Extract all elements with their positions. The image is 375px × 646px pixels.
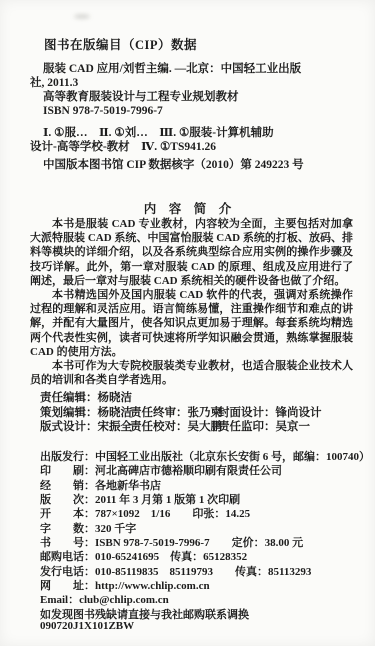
cip-biblio-line: 社, 2011.3: [30, 77, 354, 91]
email-line: Email：club@chlip.com.cn: [40, 591, 360, 605]
publishing-website-value: http://www.chlip.com.cn: [95, 580, 210, 592]
publishing-value: 010-85119835 85119793 传真：85113293: [95, 566, 311, 578]
cip-bibliographic-block: 服装 CAD 应用/刘哲主编. —北京：中国轻工业出版 社, 2011.3 高等…: [30, 63, 354, 173]
publishing-row: 网 址：http://www.chlip.com.cn: [40, 577, 360, 591]
credit-cell: 责任终审：张乃柬: [130, 404, 222, 420]
publishing-value: ISBN 978-7-5019-7996-7 定价：38.00 元: [95, 537, 303, 549]
summary-title: 内 容 简 介: [0, 199, 375, 217]
credit-label: 封面设计：: [218, 407, 276, 419]
credit-label: 责任编辑：: [40, 392, 98, 404]
publishing-row: 出版发行：中国轻工业出版社（北京东长安街 6 号，邮编：100740）: [40, 448, 360, 462]
credit-value: 杨晓洁: [98, 407, 133, 419]
summary-body: 本书是服装 CAD 专业教材，内容较为全面，主要包括对加拿大派特服装 CAD 系…: [30, 217, 353, 387]
cip-isbn-line: ISBN 978-7-5019-7996-7: [30, 105, 354, 119]
scan-smudge: [74, 14, 90, 19]
credit-label: 责任校对：: [130, 421, 188, 433]
publishing-block: 出版发行：中国轻工业出版社（北京东长安街 6 号，邮编：100740） 印 刷：…: [40, 448, 360, 634]
publishing-value: 2011 年 3 月第 1 版第 1 次印刷: [95, 494, 240, 506]
credit-value: 杨晓洁: [98, 392, 133, 404]
credit-cell: 责任监印：吴京一: [218, 418, 310, 434]
publishing-row: 字 数：320 千字: [40, 520, 360, 534]
credit-label: 版式设计：: [40, 421, 98, 433]
publishing-value: 010-65241695 传真：65128352: [95, 551, 247, 563]
print-batch-code: 090720J1X101ZBW: [40, 620, 360, 634]
credit-label: 责任监印：: [218, 421, 276, 433]
credit-value: 吴京一: [276, 421, 311, 433]
credit-label: 策划编辑：: [40, 407, 98, 419]
credit-value: 宋振全: [98, 421, 133, 433]
cip-classification-line: 设计-高等学校-教材 Ⅳ. ①TS941.26: [30, 141, 354, 155]
publishing-value: 河北高碑店市德裕顺印刷有限责任公司: [95, 465, 282, 477]
publishing-row: 版 次：2011 年 3 月第 1 版第 1 次印刷: [40, 491, 360, 505]
cip-record-number: 中国版本图书馆 CIP 数据核字（2010）第 249223 号: [30, 159, 354, 173]
publishing-value: 各地新华书店: [95, 480, 161, 492]
summary-paragraph: 本书是服装 CAD 专业教材，内容较为全面，主要包括对加拿大派特服装 CAD 系…: [30, 217, 353, 288]
credits-row: 策划编辑：杨晓洁 责任终审：张乃柬 封面设计：锋尚设计: [40, 404, 360, 419]
credit-cell: 责任编辑：杨晓洁: [40, 389, 132, 405]
cip-classification-line: Ⅰ. ①服… Ⅱ. ①刘… Ⅲ. ①服装-计算机辅助: [30, 127, 354, 141]
credit-label: 责任终审：: [130, 407, 188, 419]
cip-header: 图书在版编目（CIP）数据: [44, 35, 197, 53]
publishing-value: 320 千字: [95, 523, 136, 535]
cip-copyright-page: 图书在版编目（CIP）数据 服装 CAD 应用/刘哲主编. —北京：中国轻工业出…: [0, 0, 375, 646]
publishing-row: 开 本：787×1092 1/16 印张：14.25: [40, 505, 360, 519]
credit-value: 张乃柬: [188, 407, 223, 419]
credit-value: 锋尚设计: [276, 407, 322, 419]
defect-exchange-notice: 如发现图书残缺请直接与我社邮购联系调换: [40, 606, 360, 620]
summary-paragraph: 本书可作为大专院校服装类专业教材，也适合服装企业技术人员的培训和各类自学者选用。: [30, 359, 353, 387]
credits-block: 责任编辑：杨晓洁 策划编辑：杨晓洁 责任终审：张乃柬 封面设计：锋尚设计 版式设…: [40, 389, 360, 433]
credit-cell: 策划编辑：杨晓洁: [40, 404, 132, 420]
summary-paragraph: 本书精选国外及国内服装 CAD 软件的代表，强调对系统操作过程的理解和灵活应用。…: [30, 288, 353, 359]
publishing-row: 经 销：各地新华书店: [40, 477, 360, 491]
cip-biblio-line: 服装 CAD 应用/刘哲主编. —北京：中国轻工业出版: [30, 63, 354, 77]
publishing-row: 发行电话：010-85119835 85119793 传真：85113293: [40, 563, 360, 577]
publishing-row: 邮购电话：010-65241695 传真：65128352: [40, 548, 360, 562]
credit-cell: 责任校对：吴大鹏: [130, 418, 222, 434]
cip-series-line: 高等教育服装设计与工程专业规划教材: [30, 91, 354, 105]
publishing-value: 787×1092 1/16 印张：14.25: [95, 508, 250, 520]
credit-value: 吴大鹏: [188, 421, 223, 433]
credits-row: 版式设计：宋振全 责任校对：吴大鹏 责任监印：吴京一: [40, 418, 360, 433]
publishing-row: 书 号：ISBN 978-7-5019-7996-7 定价：38.00 元: [40, 534, 360, 548]
publishing-value: 中国轻工业出版社（北京东长安街 6 号，邮编：100740）: [95, 451, 370, 463]
credits-row: 责任编辑：杨晓洁: [40, 389, 360, 404]
publishing-row: 印 刷：河北高碑店市德裕顺印刷有限责任公司: [40, 462, 360, 476]
credit-cell: 版式设计：宋振全: [40, 418, 132, 434]
credit-cell: 封面设计：锋尚设计: [218, 404, 322, 420]
